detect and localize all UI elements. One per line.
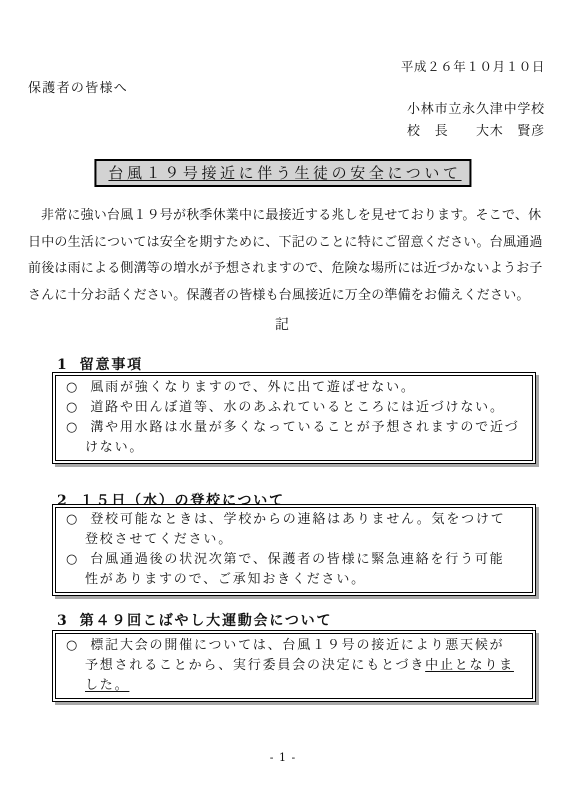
list-item-text: 登校可能なときは、学校からの連絡はありません。気をつけて (90, 512, 505, 527)
document-date: 平成２６年１０月１０日 (401, 57, 545, 75)
circle-bullet: ○ (66, 398, 77, 418)
circle-bullet: ○ (66, 636, 77, 656)
circle-bullet: ○ (66, 550, 77, 570)
section-number: 1 (57, 357, 67, 373)
list-item-text: 台風通過後の状況次第で、保護者の皆様に緊急連絡を行う可能 (90, 552, 504, 567)
cancellation-underlined-text: した。 (85, 678, 129, 693)
notice-box-attendance: ○登校可能なときは、学校からの連絡はありません。気をつけて 登校させてください。… (52, 504, 536, 596)
notice-box-attention: ○風雨が強くなりますので、外に出て遊ばせない。 ○道路や田んぼ道等、水のあふれて… (52, 372, 536, 464)
section-number: 3 (57, 613, 67, 629)
section-title: 第４９回こばやし大運動会について (80, 613, 333, 629)
list-item: ○道路や田んぼ道等、水のあふれているところには近づけない。 (64, 398, 524, 418)
circle-bullet: ○ (66, 378, 77, 398)
list-item-continuation: 登校させてください。 (64, 530, 524, 550)
circle-bullet: ○ (66, 418, 77, 438)
list-item: ○風雨が強くなりますので、外に出て遊ばせない。 (64, 378, 524, 398)
circle-bullet: ○ (66, 510, 77, 530)
notice-title-box: 台風１９号接近に伴う生徒の安全について (94, 159, 471, 187)
list-item: ○溝や用水路は水量が多くなっていることが予想されますので近づ (64, 418, 524, 438)
body-line: さんに十分お話ください。保護者の皆様も台風接近に万全の準備をお備えください。 (28, 283, 544, 310)
body-line: 前後は雨による側溝等の増水が予想されますので、危険な場所には近づかないようお子 (28, 256, 544, 283)
cancellation-underlined-text: 中止となりま (425, 658, 514, 673)
list-item: ○登校可能なときは、学校からの連絡はありません。気をつけて (64, 510, 524, 530)
body-line: 非常に強い台風１９号が秋季休業中に最接近する兆しを見せております。そこで、休 (28, 203, 544, 230)
list-item-continuation: けない。 (64, 438, 524, 458)
body-paragraph: 非常に強い台風１９号が秋季休業中に最接近する兆しを見せております。そこで、休 日… (28, 203, 544, 309)
list-item-continuation: した。 (64, 676, 524, 696)
salutation: 保護者の皆様へ (28, 77, 128, 96)
section-1-heading: 1留意事項 (57, 354, 143, 374)
list-item-continuation: 性がありますので、ご承知おきください。 (64, 570, 524, 590)
list-item-text: 風雨が強くなりますので、外に出て遊ばせない。 (90, 380, 415, 395)
record-marker: 記 (0, 314, 566, 334)
list-item-text: 予想されることから、実行委員会の決定にもとづき (85, 658, 425, 673)
list-item-text: 標記大会の開催については、台風１９号の接近により悪天候が (90, 638, 504, 653)
notice-box-sports-day: ○標記大会の開催については、台風１９号の接近により悪天候が 予想されることから、… (52, 630, 536, 702)
page-number: - 1 - (0, 751, 566, 764)
list-item-text: 溝や用水路は水量が多くなっていることが予想されますので近づ (90, 420, 519, 435)
section-title: 留意事項 (80, 357, 143, 373)
document-page: 平成２６年１０月１０日 保護者の皆様へ 小林市立永久津中学校 校 長 大木 賢彦… (0, 0, 566, 800)
notice-title: 台風１９号接近に伴う生徒の安全について (108, 164, 461, 182)
section-3-heading: 3第４９回こばやし大運動会について (57, 610, 332, 630)
list-item: ○標記大会の開催については、台風１９号の接近により悪天候が (64, 636, 524, 656)
principal-name: 校 長 大木 賢彦 (407, 120, 545, 139)
school-name: 小林市立永久津中学校 (407, 98, 545, 117)
body-line: 日中の生活については安全を期すために、下記のことに特にご留意ください。台風通過 (28, 230, 544, 257)
list-item-continuation: 予想されることから、実行委員会の決定にもとづき中止となりま (64, 656, 524, 676)
list-item: ○台風通過後の状況次第で、保護者の皆様に緊急連絡を行う可能 (64, 550, 524, 570)
list-item-text: 道路や田んぼ道等、水のあふれているところには近づけない。 (90, 400, 504, 415)
